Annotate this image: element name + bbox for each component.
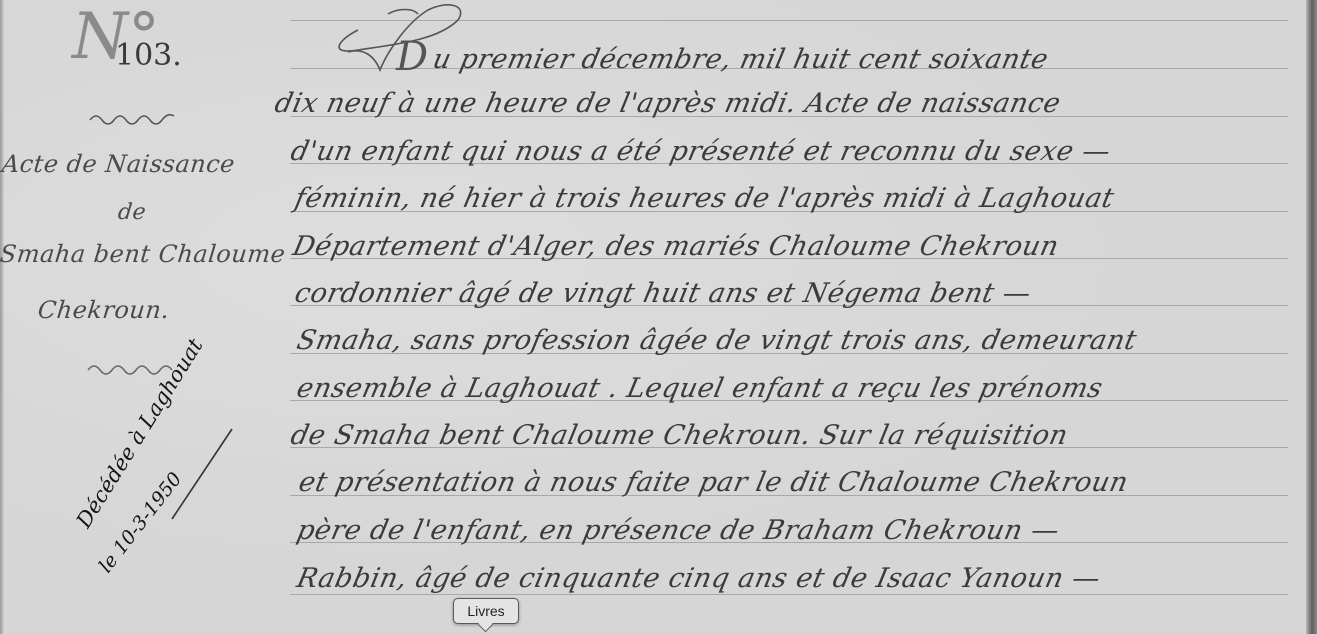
register-line-3: d'un enfant qui nous a été présenté et r… bbox=[288, 136, 1113, 167]
register-line-9: de Smaha bent Chaloume Chekroun. Sur la … bbox=[288, 420, 1071, 451]
tooltip-label: Livres bbox=[467, 603, 504, 619]
margin-child-name: Smaha bent Chaloume bbox=[0, 240, 287, 268]
livres-tooltip: Livres bbox=[453, 598, 519, 624]
register-line-12: Rabbin, âgé de cinquante cinq ans et de … bbox=[294, 563, 1103, 594]
ruled-line bbox=[290, 594, 1288, 595]
register-line-10: et présentation à nous faite par le dit … bbox=[296, 467, 1131, 498]
margin-title: Acte de Naissance bbox=[1, 150, 237, 178]
drop-cap: D bbox=[396, 34, 429, 80]
page-left-edge bbox=[0, 0, 4, 634]
register-line-11: père de l'enfant, en présence de Braham … bbox=[294, 515, 1062, 546]
annotation-stroke-icon bbox=[168, 425, 238, 525]
margin-child-surname: Chekroun. bbox=[37, 296, 171, 324]
document-viewer[interactable]: N° 103. Acte de Naissance de Smaha bent … bbox=[0, 0, 1317, 634]
margin-title-de: de bbox=[117, 200, 148, 225]
book-binding-edge bbox=[1306, 0, 1317, 634]
register-line-5: Département d'Alger, des mariés Chaloume… bbox=[290, 231, 1062, 262]
register-line-4: féminin, né hier à trois heures de l'apr… bbox=[292, 183, 1117, 214]
register-line-1: u premier décembre, mil huit cent soixan… bbox=[430, 44, 1051, 75]
register-line-8: ensemble à Laghouat . Lequel enfant a re… bbox=[294, 373, 1106, 404]
register-line-2: dix neuf à une heure de l'après midi. Ac… bbox=[272, 88, 1064, 119]
register-line-6: cordonnier âgé de vingt huit ans et Nége… bbox=[292, 278, 1034, 309]
wavy-separator-icon bbox=[88, 108, 184, 128]
scanned-register-page: N° 103. Acte de Naissance de Smaha bent … bbox=[0, 0, 1306, 634]
register-line-7: Smaha, sans profession âgée de vingt tro… bbox=[294, 325, 1140, 356]
record-number: 103. bbox=[115, 38, 182, 73]
